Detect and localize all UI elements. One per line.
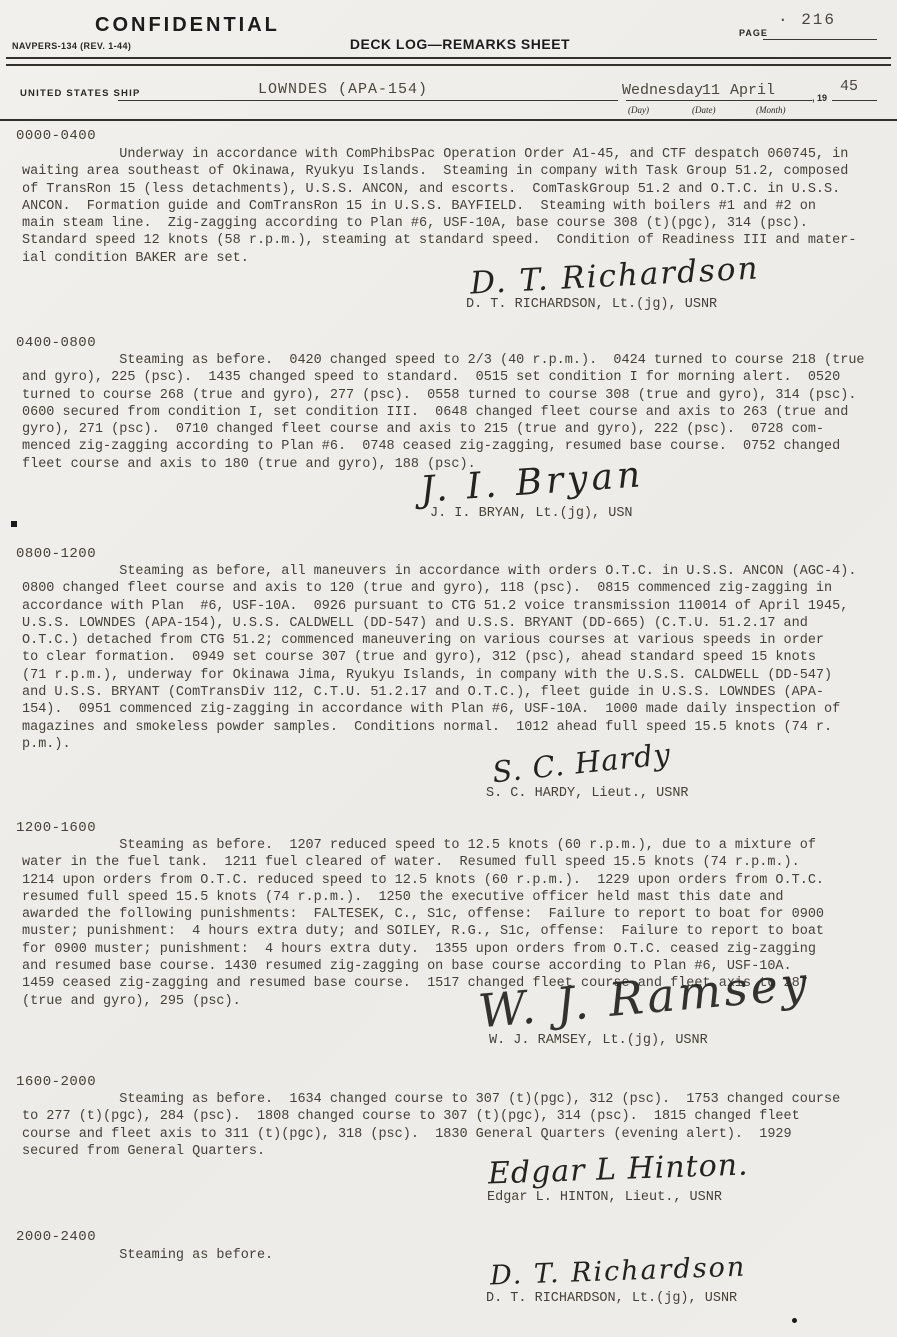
- page-number: · 216: [778, 11, 836, 29]
- typed-signature: D. T. RICHARDSON, Lt.(jg), USNR: [466, 297, 717, 312]
- classification-stamp: CONFIDENTIAL: [95, 14, 280, 37]
- date-number: 11: [702, 82, 720, 99]
- ship-name: LOWNDES (APA-154): [258, 81, 428, 98]
- year-prefix: , 19: [812, 93, 827, 103]
- watch-header: 2000-2400: [16, 1229, 96, 1245]
- deck-log-remarks-sheet: CONFIDENTIAL PAGE · 216 NAVPERS-134 (REV…: [0, 0, 897, 1337]
- log-text: Steaming as before. 0420 changed speed t…: [22, 352, 865, 473]
- header-bottom-rule: [0, 119, 897, 121]
- watch-header: 0000-0400: [16, 128, 96, 144]
- typed-signature: D. T. RICHARDSON, Lt.(jg), USNR: [486, 1291, 737, 1306]
- log-text: Steaming as before, all maneuvers in acc…: [22, 563, 856, 753]
- log-text: Steaming as before.: [22, 1247, 273, 1264]
- year-underline: [832, 100, 877, 101]
- ink-mark: [11, 521, 17, 527]
- typed-signature: W. J. RAMSEY, Lt.(jg), USNR: [489, 1033, 708, 1048]
- date-underline: [626, 100, 812, 101]
- watch-header: 1200-1600: [16, 820, 96, 836]
- document-title: DECK LOG—REMARKS SHEET: [330, 36, 590, 52]
- date-year: 45: [840, 78, 858, 95]
- date-field-label: (Date): [692, 105, 716, 115]
- watch-header: 1600-2000: [16, 1074, 96, 1090]
- form-number: NAVPERS-134 (REV. 1-44): [12, 41, 131, 51]
- watch-header: 0400-0800: [16, 335, 96, 351]
- date-month: April: [730, 82, 775, 99]
- day-field-label: (Day): [628, 105, 649, 115]
- typed-signature: J. I. BRYAN, Lt.(jg), USN: [430, 506, 633, 521]
- page-label: PAGE: [739, 28, 768, 38]
- date-day: Wednesday: [622, 82, 703, 99]
- header-double-rule: [6, 57, 891, 66]
- ship-label: UNITED STATES SHIP: [20, 88, 140, 99]
- ship-underline: [118, 100, 618, 101]
- ink-mark: [792, 1318, 797, 1323]
- typed-signature: S. C. HARDY, Lieut., USNR: [486, 786, 689, 801]
- month-field-label: (Month): [756, 105, 786, 115]
- page-underline: [763, 39, 877, 40]
- log-text: Underway in accordance with ComPhibsPac …: [22, 146, 856, 267]
- handwritten-signature: D. T. Richardson: [490, 1252, 747, 1292]
- typed-signature: Edgar L. HINTON, Lieut., USNR: [487, 1190, 722, 1205]
- watch-header: 0800-1200: [16, 546, 96, 562]
